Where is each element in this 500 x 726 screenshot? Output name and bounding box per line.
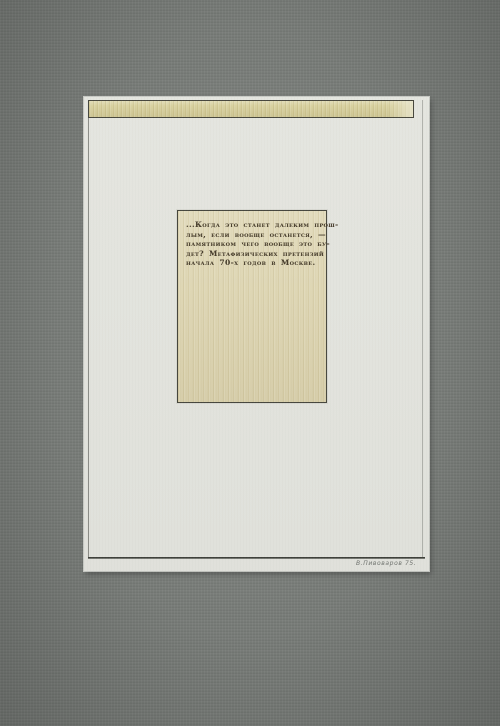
text-line: ...Когда это станет далеким прош-: [186, 220, 321, 230]
artwork-sheet: ...Когда это станет далеким прош- лым, е…: [84, 97, 429, 571]
text-line: памятником чего вообще это бу-: [186, 239, 321, 249]
text-line: начала 70-х годов в Москве.: [186, 258, 321, 268]
text-line: лым, если вообще останется, —: [186, 230, 321, 240]
top-beige-band: [88, 100, 414, 118]
artist-signature: В.Пивоваров 75.: [356, 560, 436, 567]
mat-background: ...Когда это станет далеким прош- лым, е…: [0, 0, 500, 726]
ink-frame-left-line: [88, 100, 89, 558]
ink-frame-right-line: [422, 100, 423, 558]
text-line: дет? Метафизических претензий: [186, 249, 321, 259]
panel-text-block: ...Когда это станет далеким прош- лым, е…: [178, 211, 326, 268]
ink-frame-bottom-line: [88, 557, 425, 559]
text-panel: ...Когда это станет далеким прош- лым, е…: [177, 210, 327, 403]
